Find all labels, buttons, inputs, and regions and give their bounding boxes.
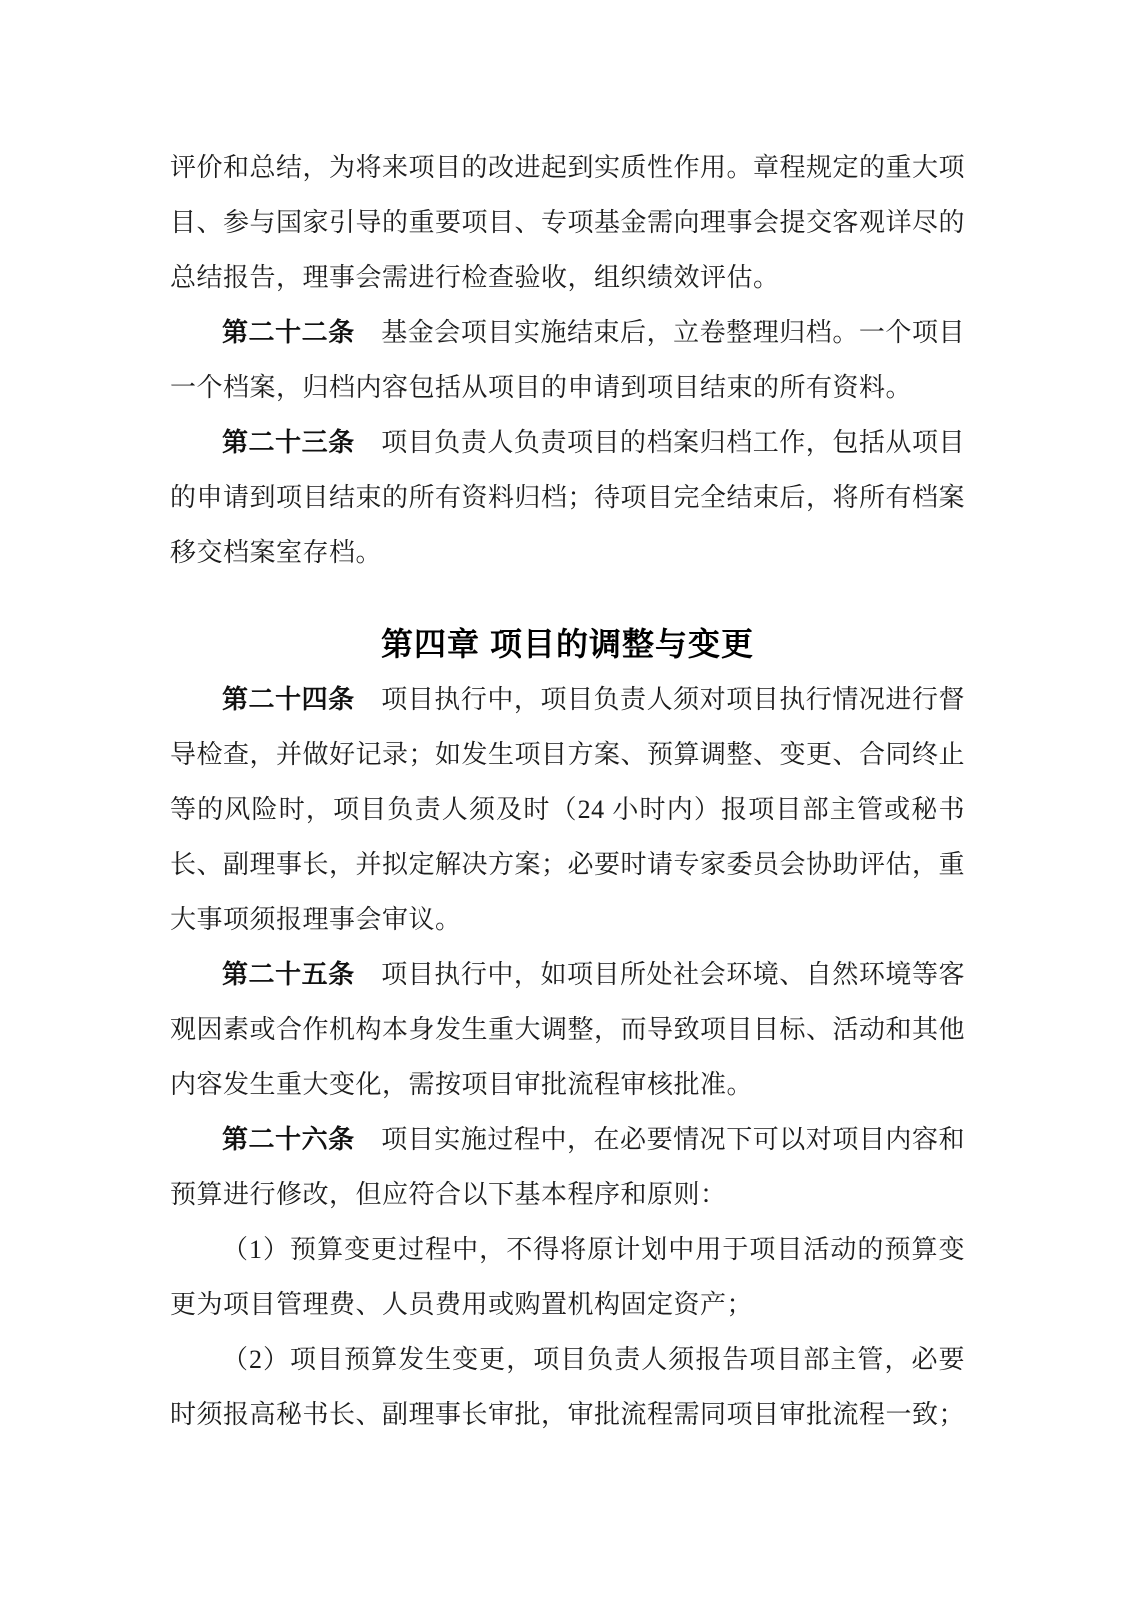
article-number: 第二十六条 [222, 1125, 355, 1154]
article-text: 项目执行中，项目负责人须对项目执行情况进行督导检查，并做好记录；如发生项目方案、… [170, 685, 965, 934]
article-number: 第二十四条 [222, 685, 355, 714]
article-paragraph: 第二十四条 项目执行中，项目负责人须对项目执行情况进行督导检查，并做好记录；如发… [170, 672, 965, 947]
article-number: 第二十三条 [222, 428, 355, 457]
document-body: 评价和总结，为将来项目的改进起到实质性作用。章程规定的重大项目、参与国家引导的重… [0, 0, 1131, 1442]
article-paragraph: 第二十三条 项目负责人负责项目的档案归档工作，包括从项目的申请到项目结束的所有资… [170, 415, 965, 580]
list-item-paragraph: （1）预算变更过程中，不得将原计划中用于项目活动的预算变更为项目管理费、人员费用… [170, 1222, 965, 1332]
article-paragraph: 第二十六条 项目实施过程中，在必要情况下可以对项目内容和预算进行修改，但应符合以… [170, 1112, 965, 1222]
list-item-paragraph: （2）项目预算发生变更，项目负责人须报告项目部主管，必要时须报高秘书长、副理事长… [170, 1332, 965, 1442]
chapter-heading: 第四章 项目的调整与变更 [170, 617, 965, 672]
article-paragraph: 第二十二条 基金会项目实施结束后，立卷整理归档。一个项目一个档案，归档内容包括从… [170, 305, 965, 415]
article-number: 第二十五条 [222, 960, 355, 989]
continuation-paragraph: 评价和总结，为将来项目的改进起到实质性作用。章程规定的重大项目、参与国家引导的重… [170, 140, 965, 305]
article-paragraph: 第二十五条 项目执行中，如项目所处社会环境、自然环境等客观因素或合作机构本身发生… [170, 947, 965, 1112]
article-number: 第二十二条 [222, 318, 355, 347]
document-page: 评价和总结，为将来项目的改进起到实质性作用。章程规定的重大项目、参与国家引导的重… [0, 0, 1131, 1600]
